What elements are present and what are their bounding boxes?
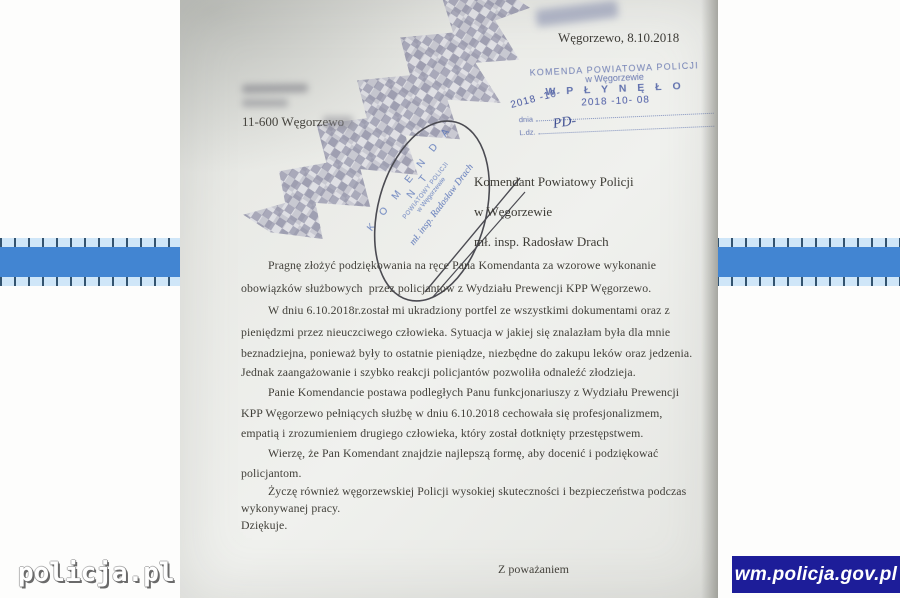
police-tape-left [0, 238, 181, 286]
body-line: W dniu 6.10.2018r.został mi ukradziony p… [268, 303, 670, 318]
dnia-label: dnia [519, 115, 534, 125]
body-line: Dziękuje. [241, 518, 287, 533]
ldz-label: L.dz. [519, 128, 536, 138]
addressee-line-2: w Węgorzewie [474, 204, 552, 220]
blurred-sender-street [242, 99, 288, 107]
body-line: policjantom. [241, 466, 302, 481]
body-line: Wierzę, że Pan Komendant znajdzie najlep… [268, 446, 658, 461]
blurred-postal-tail [323, 116, 353, 128]
wm-policja-gov-pl-label: wm.policja.gov.pl [735, 564, 897, 586]
body-line: Panie Komendancie postawa podległych Pan… [268, 385, 679, 400]
policja-pl-watermark: policja.pl [18, 558, 175, 588]
body-line: Jednak zaangażowanie i szybko reakcji po… [241, 365, 636, 380]
tape-dash-top [717, 238, 900, 247]
closing-phrase: Z poważaniem [498, 562, 569, 577]
body-line: empatią i zrozumieniem drugiego człowiek… [241, 426, 643, 441]
addressee-line-3: mł. insp. Radosław Drach [474, 234, 609, 250]
tape-solid [0, 247, 181, 277]
addressee-line-1: Komendant Powiatowy Policji [474, 174, 634, 190]
tape-solid [717, 247, 900, 277]
body-line: Pragnę złożyć podziękowania na ręce Pana… [268, 258, 656, 273]
police-tape-right [717, 238, 900, 286]
tape-dash-bottom [717, 277, 900, 286]
wm-policja-gov-pl-badge: wm.policja.gov.pl [732, 556, 900, 593]
body-line: Życzę również węgorzewskiej Policji wyso… [268, 484, 686, 499]
body-line: obowiązków służbowych przez policjantów … [241, 281, 651, 296]
letter-photo: Węgorzewo, 8.10.2018 11-600 Węgorzewo KO… [180, 0, 718, 598]
body-line: wykonywanej pracy. [241, 501, 340, 516]
body-line: beznadziejna, ponieważ były to ostatnie … [241, 346, 692, 361]
body-line: pieniędzmi przez nieuczciwego człowieka.… [241, 325, 670, 340]
ldz-handwritten-value: PD- [552, 114, 577, 133]
receipt-stamp: KOMENDA POWIATOWA POLICJI w Węgorzewie W… [517, 60, 715, 137]
city-date: Węgorzewo, 8.10.2018 [558, 30, 679, 46]
body-line: KPP Węgorzewo pełniących służbę w dniu 6… [241, 406, 662, 421]
tape-dash-top [0, 238, 181, 247]
tape-dash-bottom [0, 277, 181, 286]
blurred-handwritten-note [535, 0, 618, 27]
blurred-sender-name [242, 83, 308, 93]
